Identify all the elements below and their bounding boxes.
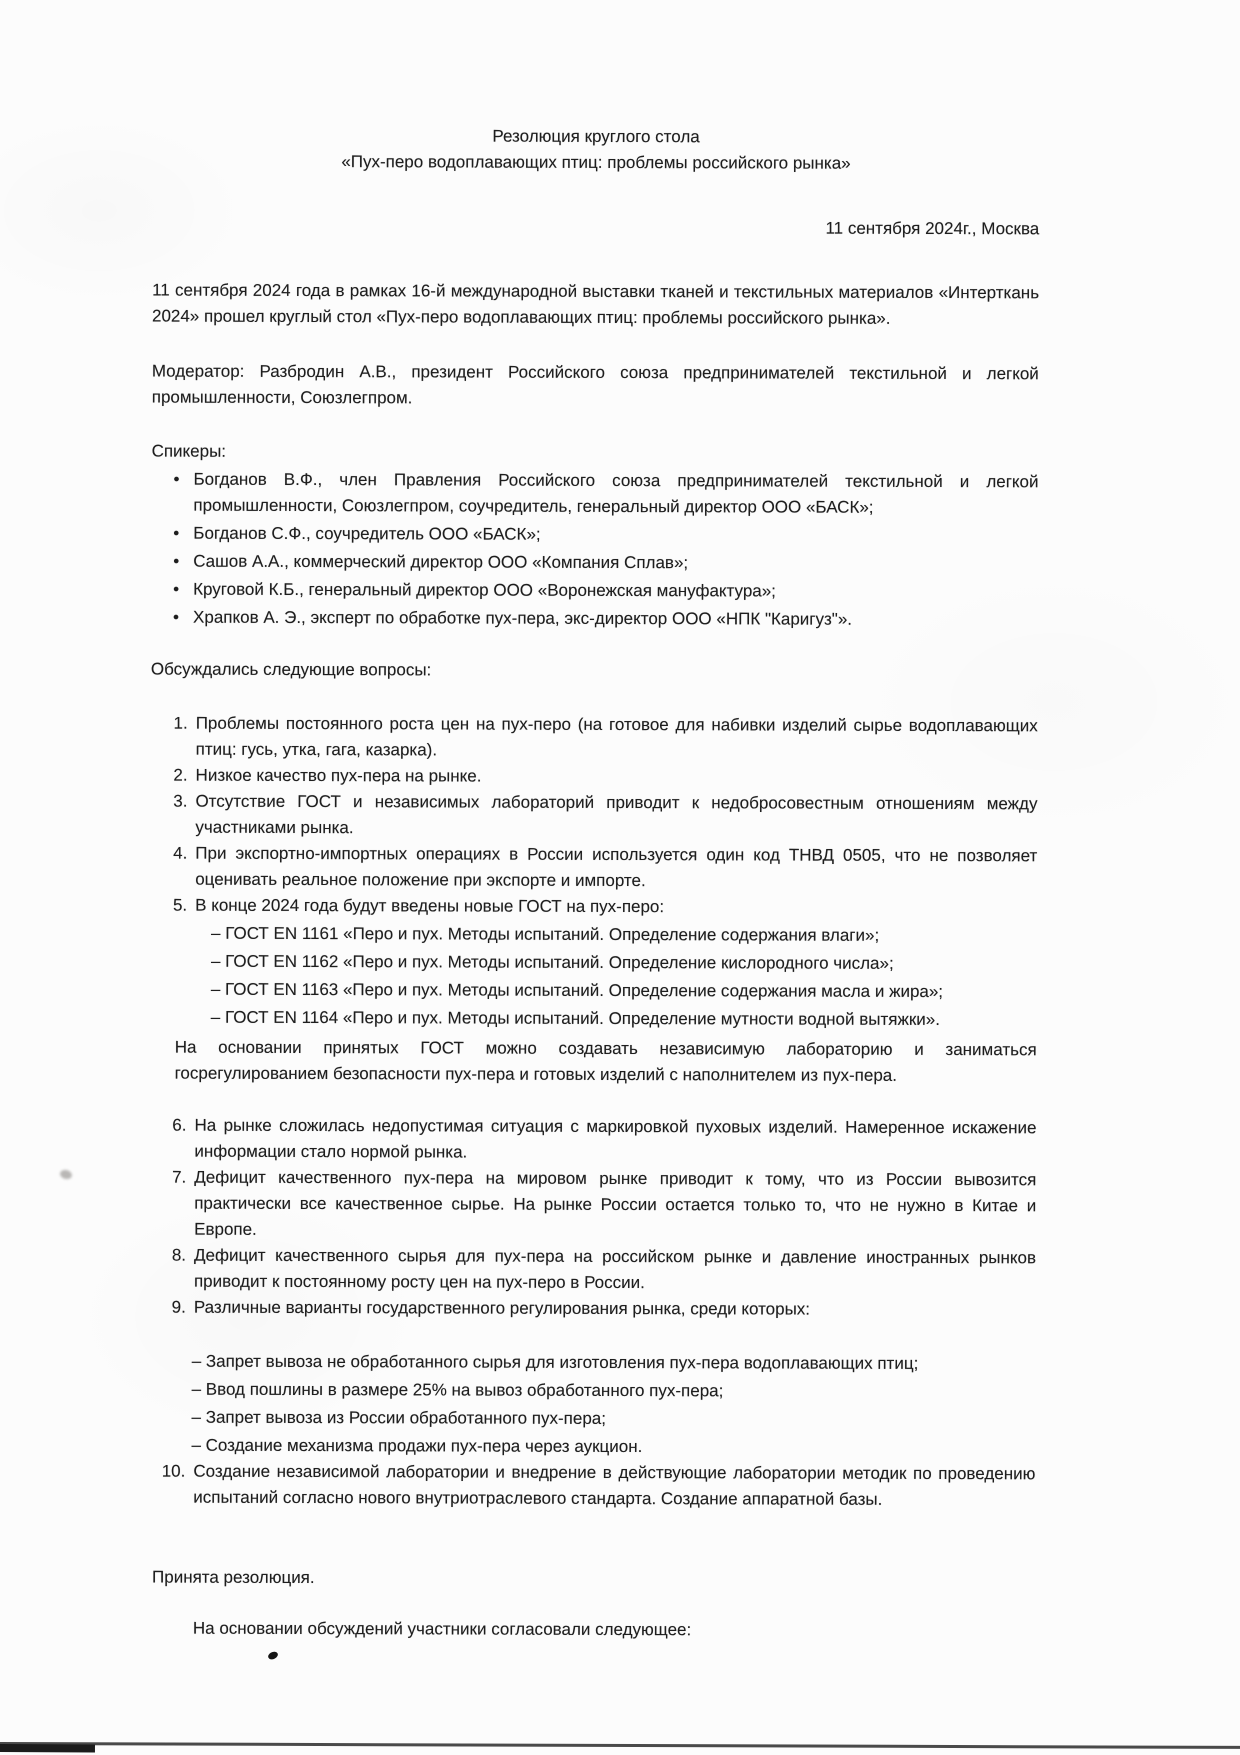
- question-text: В конце 2024 года будут введены новые ГО…: [195, 896, 664, 916]
- document-content: Резолюция круглого стола «Пух-перо водоп…: [0, 0, 1240, 1645]
- scan-bottom-left-corner: [0, 1744, 95, 1752]
- speaker-item: Богданов В.Ф., член Правления Российског…: [151, 467, 1038, 522]
- question-item: 6. На рынке сложилась недопустимая ситуа…: [149, 1113, 1036, 1168]
- gost-note-paragraph: На основании принятых ГОСТ можно создава…: [175, 1035, 1037, 1090]
- moderator-paragraph: Модератор: Разбродин А.В., президент Рос…: [152, 359, 1039, 414]
- question-item: 7. Дефицит качественного пух-пера на мир…: [149, 1165, 1036, 1246]
- regulation-options-list: – Запрет вывоза не обработанного сырья д…: [148, 1349, 1035, 1462]
- dateline: 11 сентября 2024г., Москва: [152, 214, 1039, 243]
- question-number: 9.: [155, 1295, 186, 1321]
- question-item: 10. Создание независимой лаборатории и в…: [148, 1459, 1035, 1514]
- question-text: Различные варианты государственного регу…: [194, 1298, 810, 1319]
- question-number: 3.: [156, 789, 187, 815]
- question-text: При экспортно-импортных операциях в Росс…: [195, 844, 1037, 890]
- regulation-option: – Создание механизма продажи пух-пера че…: [191, 1433, 1035, 1462]
- question-number: 6.: [155, 1113, 186, 1139]
- question-item: 9. Различные варианты государственного р…: [149, 1295, 1036, 1324]
- question-item: 2. Низкое качество пух-пера на рынке.: [151, 763, 1038, 792]
- question-text: Проблемы постоянного роста цен на пух-пе…: [196, 714, 1038, 760]
- speaker-item: Богданов С.Ф., соучредитель ООО «БАСК»;: [151, 521, 1038, 550]
- question-number: 8.: [155, 1243, 186, 1269]
- closing-line: На основании обсуждений участники соглас…: [193, 1616, 1035, 1645]
- question-number: 2.: [157, 763, 188, 789]
- question-item: 1. Проблемы постоянного роста цен на пух…: [151, 711, 1038, 766]
- intro-paragraph: 11 сентября 2024 года в рамках 16-й межд…: [152, 278, 1039, 333]
- question-text: Отсутствие ГОСТ и независимых лаборатори…: [195, 792, 1037, 837]
- gost-item: – ГОСТ EN 1164 «Перо и пух. Методы испыт…: [211, 1005, 1037, 1034]
- gost-item: – ГОСТ EN 1163 «Перо и пух. Методы испыт…: [211, 977, 1037, 1006]
- question-text: Создание независимой лаборатории и внедр…: [193, 1462, 1035, 1509]
- resolution-adopted-line: Принята резолюция.: [152, 1565, 1035, 1594]
- speakers-label: Спикеры:: [152, 439, 1039, 468]
- document-title-line1: Резолюция круглого стола: [153, 123, 1040, 152]
- question-text: Дефицит качественного пух-пера на мирово…: [194, 1168, 1036, 1239]
- speaker-item: Сашов А.А., коммерческий директор ООО «К…: [151, 549, 1038, 578]
- question-number: 7.: [155, 1165, 186, 1191]
- question-item: 8. Дефицит качественного сырья для пух-п…: [149, 1243, 1036, 1298]
- discussed-questions-label: Обсуждались следующие вопросы:: [151, 657, 1038, 686]
- question-text: На рынке сложилась недопустимая ситуация…: [194, 1116, 1036, 1162]
- speaker-item: Круговой К.Б., генеральный директор ООО …: [151, 577, 1038, 606]
- question-number: 1.: [157, 711, 188, 737]
- questions-list-1-5: 1. Проблемы постоянного роста цен на пух…: [150, 711, 1038, 922]
- questions-list-6-9: 6. На рынке сложилась недопустимая ситуа…: [149, 1113, 1037, 1324]
- question-item: 4. При экспортно-импортных операциях в Р…: [150, 841, 1037, 896]
- question-list-10: 10. Создание независимой лаборатории и в…: [148, 1459, 1035, 1514]
- gost-standards-list: – ГОСТ EN 1161 «Перо и пух. Методы испыт…: [150, 921, 1037, 1034]
- scanned-document-page: { "colors": { "paper": "#fcfcfc", "ink":…: [0, 0, 1240, 1755]
- question-text: Низкое качество пух-пера на рынке.: [196, 766, 482, 786]
- question-number: 4.: [156, 841, 187, 867]
- gost-item: – ГОСТ EN 1161 «Перо и пух. Методы испыт…: [211, 921, 1037, 950]
- speakers-list: Богданов В.Ф., член Правления Российског…: [151, 467, 1039, 634]
- regulation-option: – Запрет вывоза не обработанного сырья д…: [192, 1349, 1036, 1378]
- question-item: 3. Отсутствие ГОСТ и независимых лаборат…: [150, 789, 1037, 844]
- question-text: Дефицит качественного сырья для пух-пера…: [194, 1246, 1036, 1292]
- regulation-option: – Ввод пошлины в размере 25% на вывоз об…: [192, 1377, 1036, 1406]
- regulation-option: – Запрет вывоза из России обработанного …: [192, 1405, 1036, 1434]
- document-title-line2: «Пух-перо водоплавающих птиц: проблемы р…: [152, 149, 1039, 178]
- question-number: 5.: [156, 893, 187, 919]
- gost-item: – ГОСТ EN 1162 «Перо и пух. Методы испыт…: [211, 949, 1037, 978]
- question-number: 10.: [154, 1459, 185, 1485]
- speaker-item: Храпков А. Э., эксперт по обработке пух-…: [151, 605, 1038, 634]
- question-item: 5. В конце 2024 года будут введены новые…: [150, 893, 1037, 922]
